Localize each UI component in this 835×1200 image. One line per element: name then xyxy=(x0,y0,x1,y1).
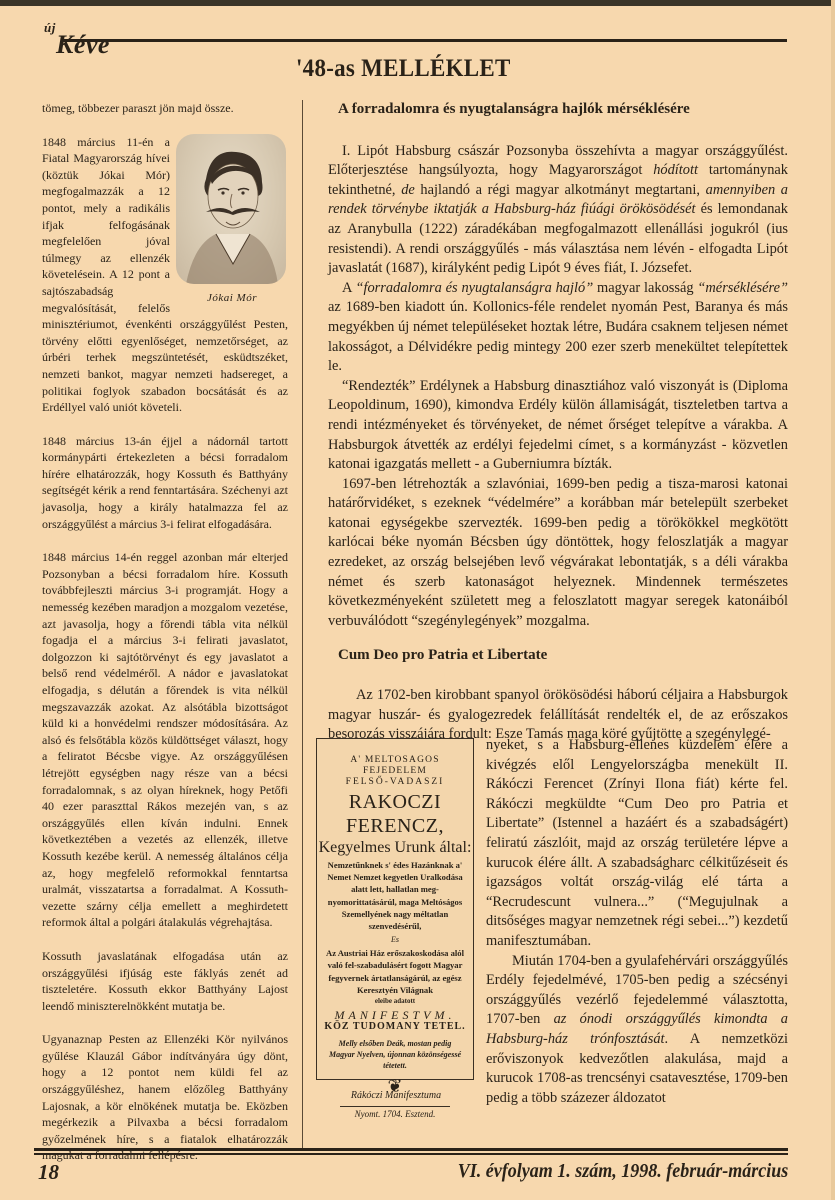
emphasis: hódított xyxy=(653,162,698,178)
emphasis: “mérséklésére” xyxy=(697,280,788,296)
portrait-jokai-mor xyxy=(176,134,286,284)
paragraph: I. Lipót Habsburg császár Pozsonyba össz… xyxy=(328,142,788,279)
manifesto-line: Kegyelmes Urunk által: xyxy=(317,838,473,857)
paragraph: 1697-ben létrehozták a szlavóniai, 1699-… xyxy=(328,475,788,632)
footer-rule xyxy=(34,1148,788,1151)
text-run: A xyxy=(342,280,355,296)
text-run: magyar lakosság xyxy=(593,280,697,296)
paragraph: tömeg, többezer paraszt jön majd össze. xyxy=(42,100,288,117)
page-number: 18 xyxy=(38,1160,59,1185)
logo-prefix: új xyxy=(44,20,56,36)
manifesto-line: A' MELTOSAGOS FEJEDELEM xyxy=(317,755,473,777)
paragraph: “Rendezték” Erdélynek a Habsburg dinaszt… xyxy=(328,377,788,475)
logo-text: Kéve xyxy=(56,30,110,60)
portrait-figure: Jókai Mór xyxy=(176,134,288,307)
manifesto-body: Az Austriai Ház erőszakoskodása alól val… xyxy=(317,947,473,996)
emphasis: “forradalomra és nyugtalanságra hajló” xyxy=(355,280,593,296)
manifesto-body: Nemzetűnknek s' édes Hazánknak a' Nemet … xyxy=(317,859,473,932)
manifesto-line: Es xyxy=(317,934,473,945)
manifesto-imprint: Nyomt. 1704. Esztend. xyxy=(317,1109,473,1120)
column-divider xyxy=(302,100,303,1150)
section-title: '48-as MELLÉKLET xyxy=(296,55,511,83)
portrait-caption: Jókai Mór xyxy=(176,290,288,307)
manifesto-line: KÖZ TUDOMANY TETEL. xyxy=(317,1021,473,1032)
manifesto-caption: Rákóczi Manifesztuma xyxy=(316,1090,476,1101)
manifesto-line: RAKOCZI FERENCZ, xyxy=(317,790,473,838)
scan-top-edge xyxy=(0,0,835,6)
paragraph: Ugyanaznap Pesten az Ellenzéki Kör nyilv… xyxy=(42,1031,288,1164)
text-run: az 1689-ben kiadott ún. Kollonics-féle r… xyxy=(328,299,788,374)
paragraph: Kossuth javaslatának elfogadása után az … xyxy=(42,948,288,1014)
header-rule xyxy=(62,39,787,42)
manifesto-line: eleibe adatott xyxy=(317,996,473,1007)
paragraph: Miután 1704-ben a gyulafehérvári országg… xyxy=(486,952,788,1109)
issue-info: VI. évfolyam 1. szám, 1998. február-márc… xyxy=(458,1160,788,1183)
manifesto-line: MANIFESTVM. xyxy=(317,1010,473,1021)
paragraph: nyeket, s a Habsburg-ellenes küzdelem él… xyxy=(486,736,788,952)
left-column: tömeg, többezer paraszt jön majd össze. … xyxy=(42,100,288,1181)
paragraph: 1848 március 13-án éjjel a nádornál tart… xyxy=(42,433,288,533)
article-heading: Cum Deo pro Patria et Libertate xyxy=(338,646,788,666)
emphasis: de xyxy=(401,182,415,198)
wrap-column: nyeket, s a Habsburg-ellenes küzdelem él… xyxy=(486,736,788,1108)
portrait-sketch-icon xyxy=(176,134,286,284)
article-heading: A forradalomra és nyugtalanságra hajlók … xyxy=(338,100,788,120)
magazine-logo: új Kéve xyxy=(42,30,110,60)
manifesto-rule xyxy=(340,1106,450,1107)
manifesto-line: FELSŐ-VADASZI xyxy=(317,777,473,788)
manifesto-figure: A' MELTOSAGOS FEJEDELEM FELSŐ-VADASZI RA… xyxy=(316,738,476,1101)
scan-right-edge xyxy=(831,0,835,1200)
manifesto-title-page: A' MELTOSAGOS FEJEDELEM FELSŐ-VADASZI RA… xyxy=(316,738,474,1080)
text-run: hajlandó a régi magyar alkotmányt megtar… xyxy=(415,182,706,198)
right-column: A forradalomra és nyugtalanságra hajlók … xyxy=(328,100,788,745)
paragraph: 1848 március 14-én reggel azonban már el… xyxy=(42,549,288,931)
footer-rule xyxy=(34,1153,788,1155)
manifesto-line: Melly elsőben Deák, mostan pedig Magyar … xyxy=(317,1038,473,1071)
paragraph: A “forradalomra és nyugtalanságra hajló”… xyxy=(328,279,788,377)
